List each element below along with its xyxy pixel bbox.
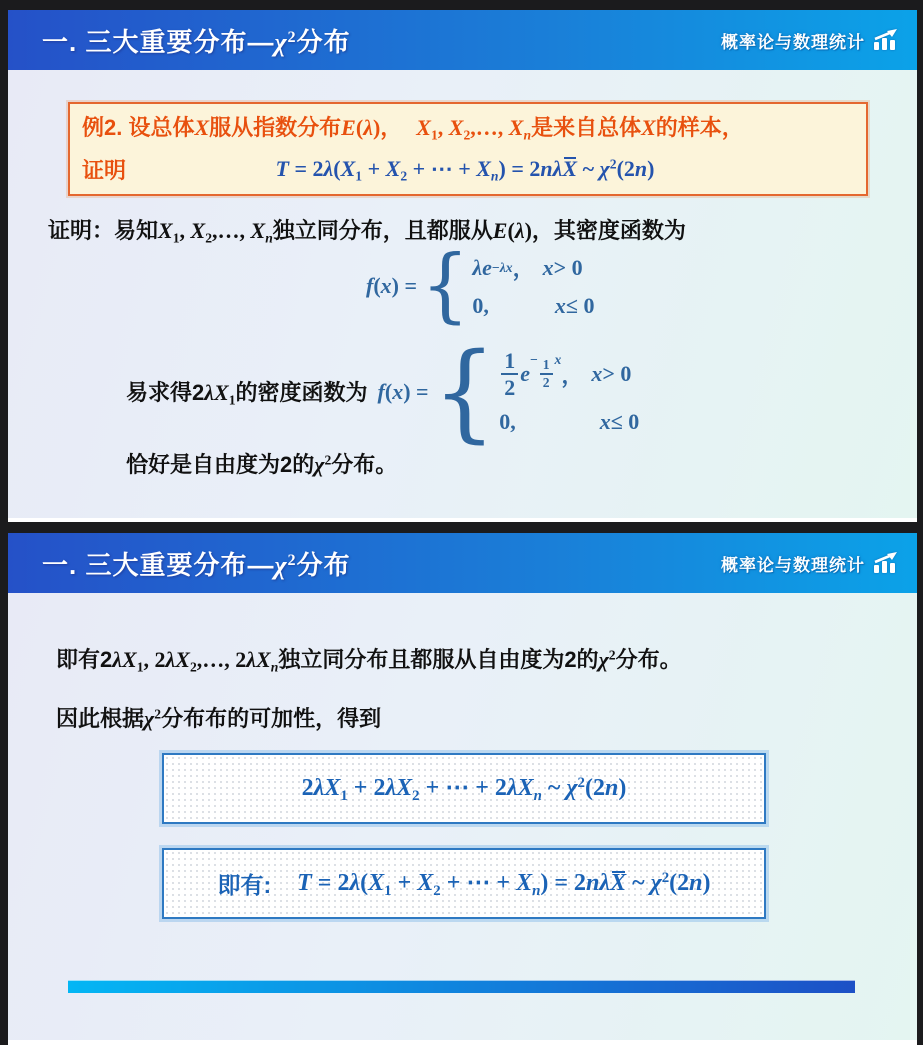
- brand-text: 概率论与数理统计: [721, 28, 865, 53]
- sum-formula: 2λX1 + 2λX2 + ⋯ + 2λXn ~ χ2(2n): [302, 773, 627, 805]
- slide-1-title: 一. 三大重要分布—χ2分布: [42, 22, 351, 59]
- example-2-box: 例2. 设总体X服从指数分布E(λ)，X1, X2,…, Xn是来自总体X的样本…: [68, 102, 868, 196]
- curly-brace: {: [433, 349, 497, 436]
- final-result-box: 即有: T = 2λ(X1 + X2 + ⋯ + Xn) = 2nλX ~ χ2…: [162, 848, 766, 919]
- final-result-label: 即有:: [217, 867, 271, 900]
- slide-1: 一. 三大重要分布—χ2分布 概率论与数理统计 例2. 设总体X服从指数分布E(…: [8, 10, 917, 522]
- brand-text: 概率论与数理统计: [721, 551, 865, 576]
- iid-statement-line: 即有2λX1, 2λX2,…, 2λXn独立同分布且都服从自由度为2的χ2分布。: [56, 643, 682, 675]
- slide-2-header: 一. 三大重要分布—χ2分布 概率论与数理统计: [8, 533, 917, 593]
- density-2lx1-lead: 易求得2λX1的密度函数为: [126, 376, 368, 408]
- slide-1-header: 一. 三大重要分布—χ2分布 概率论与数理统计: [8, 10, 917, 70]
- proof-intro-line: 证明：易知X1, X2,…, Xn独立同分布，且都服从E(λ)，其密度函数为: [48, 214, 686, 246]
- final-result-formula: T = 2λ(X1 + X2 + ⋯ + Xn) = 2nλX ~ χ2(2n): [297, 868, 710, 900]
- density-function-2lx1: f(x) = {12e−12x，x > 00,x ≤ 0: [378, 349, 640, 435]
- slide-2-title: 一. 三大重要分布—χ2分布: [42, 545, 351, 582]
- sum-formula-box: 2λX1 + 2λX2 + ⋯ + 2λXn ~ χ2(2n): [162, 753, 766, 824]
- example-statement: 例2. 设总体X服从指数分布E(λ)，X1, X2,…, Xn是来自总体X的样本…: [82, 111, 854, 152]
- brand-logo: 概率论与数理统计: [721, 28, 901, 53]
- additivity-line: 因此根据χ2分布布的可加性，得到: [56, 702, 381, 733]
- footer-accent-bar: [68, 980, 855, 993]
- bar-chart-arrow-icon: [871, 551, 901, 575]
- bar-chart-arrow-icon: [871, 28, 901, 52]
- density-function-general: f(x) = {λe−λx，x > 00,x ≤ 0: [366, 252, 594, 319]
- example-prove-row: 证明 T = 2λ(X1 + X2 + ⋯ + Xn) = 2nλX ~ χ2(…: [82, 154, 854, 185]
- chi-square-conclusion-line: 恰好是自由度为2的χ2分布。: [126, 448, 397, 479]
- theorem-formula: T = 2λ(X1 + X2 + ⋯ + Xn) = 2nλX ~ χ2(2n): [126, 156, 854, 184]
- slides-canvas: { "colors": { "frame": "#1b1b1d", "heade…: [0, 0, 923, 1045]
- slide-2: 一. 三大重要分布—χ2分布 概率论与数理统计 即有2λX1, 2λX2,…, …: [8, 533, 917, 1045]
- brand-logo: 概率论与数理统计: [721, 551, 901, 576]
- density-2lx1-row: 易求得2λX1的密度函数为 f(x) = {12e−12x，x > 00,x ≤…: [126, 340, 639, 444]
- curly-brace: {: [421, 252, 469, 318]
- prove-label: 证明: [82, 154, 126, 185]
